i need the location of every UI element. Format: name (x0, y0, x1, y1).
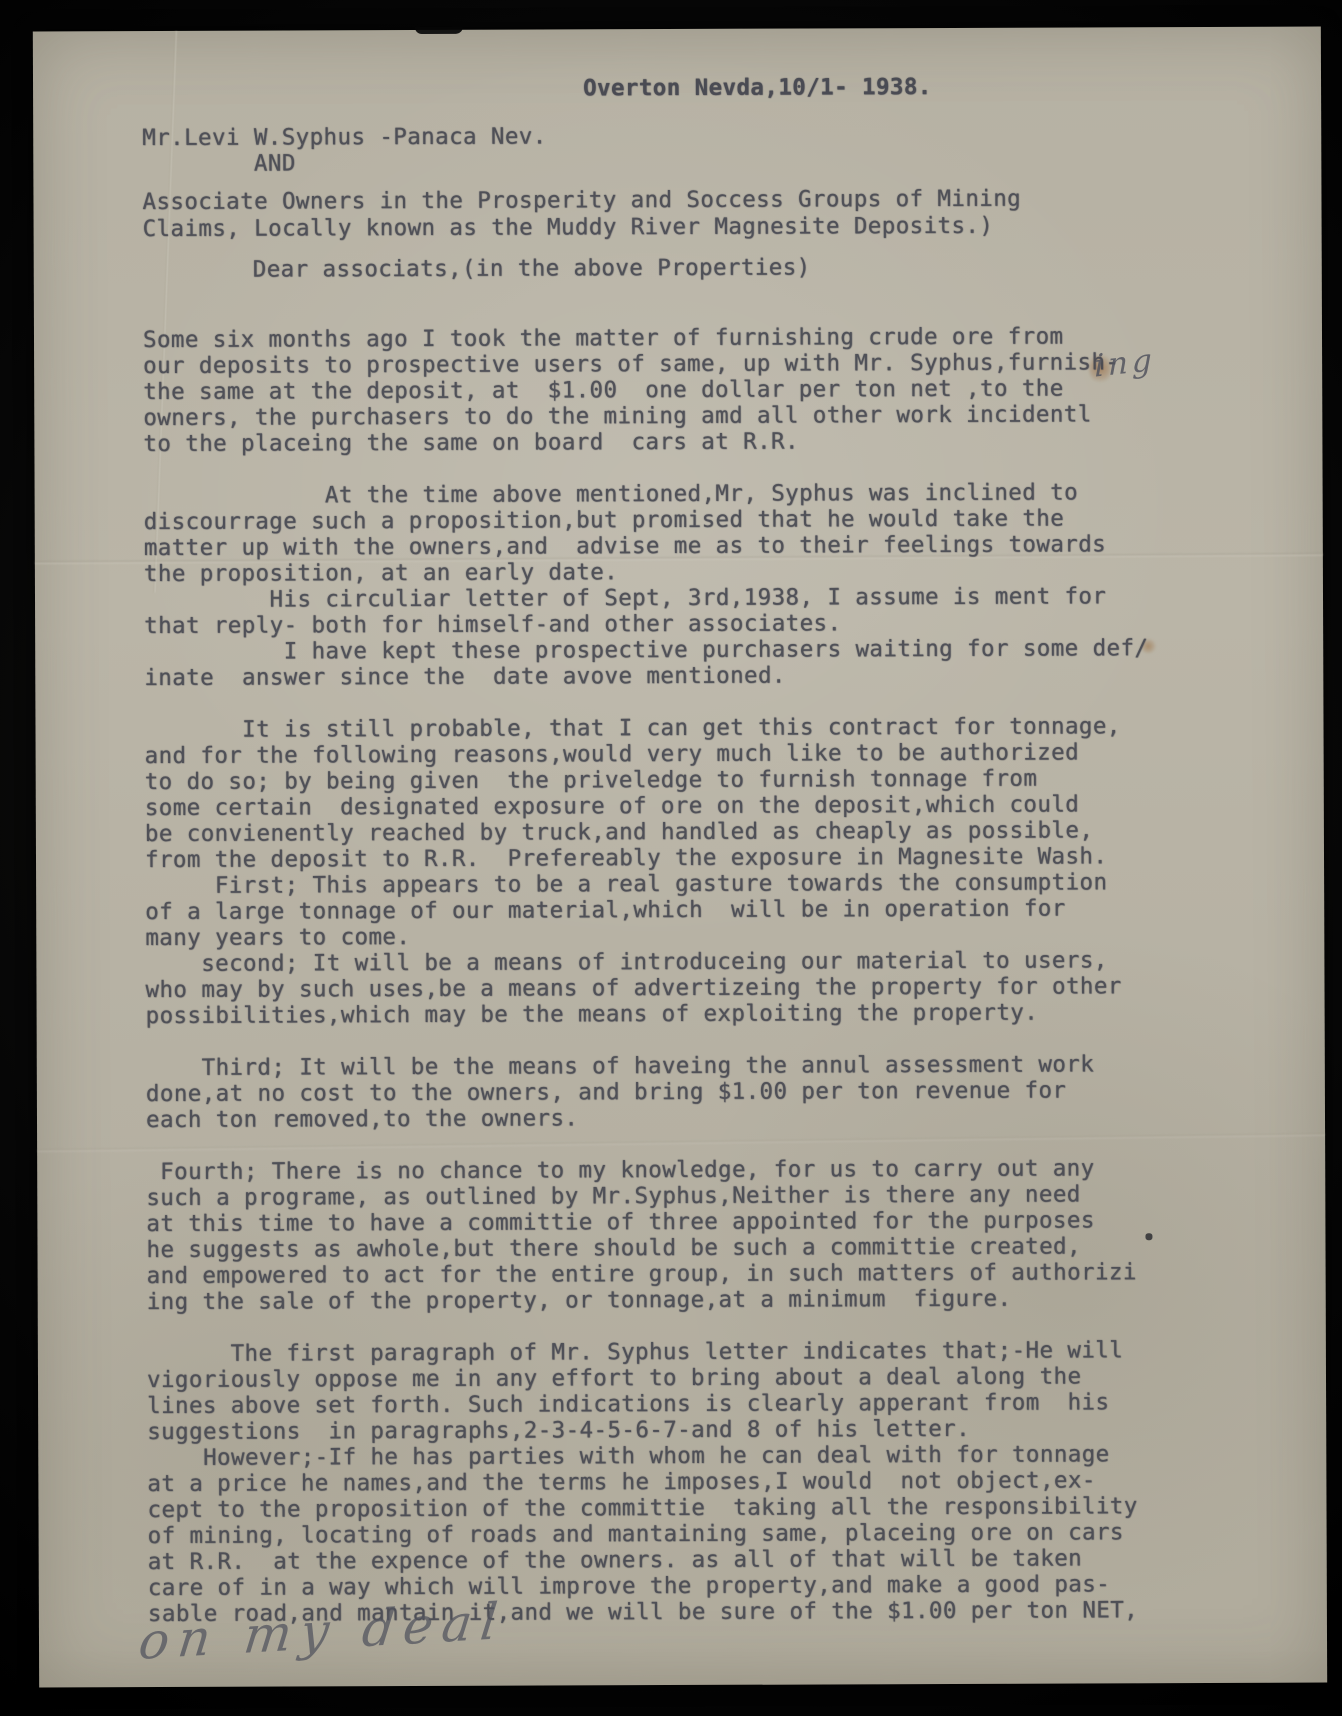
handwritten-margin-insert: ing (1094, 342, 1156, 385)
letter-line: at R.R. at the expence of the owners. as… (148, 1545, 1152, 1575)
letter-line: suggestions in paragraphs,2-3-4-5-6-7-an… (147, 1415, 1151, 1445)
subject-line: Associate Owners in the Prosperity and S… (142, 186, 1021, 216)
recipient-block: Mr.Levi W.Syphus -Panaca Nev. AND (142, 124, 547, 178)
letter-line: the same at the deposit, at $1.00 one do… (143, 375, 1147, 405)
letter-line: possibilities,which may be the means of … (146, 999, 1150, 1029)
letter-line: The first paragraph of Mr. Syphus letter… (147, 1337, 1151, 1367)
recipient-line: AND (142, 150, 547, 178)
letter-page: Overton Nevda,10/1- 1938. Mr.Levi W.Syph… (33, 27, 1327, 1688)
letter-line: done,at no cost to the owners, and bring… (146, 1077, 1150, 1107)
letter-line (146, 1025, 1150, 1055)
letter-line: It is still probable, that I can get thi… (144, 713, 1148, 743)
letter-line: some certain designated exposure of ore … (145, 791, 1149, 821)
subject-line: Claims, Locally known as the Muddy River… (143, 213, 1022, 243)
letter-line: he suggests as awhole,but there should b… (146, 1233, 1150, 1263)
letter-line: second; It will be a means of introducei… (145, 947, 1149, 977)
letter-body: Some six months ago I took the matter of… (143, 323, 1152, 1627)
letter-line: of mining, locating of roads and mantain… (148, 1519, 1152, 1549)
letter-line: At the time above mentioned,Mr, Syphus w… (144, 479, 1148, 509)
recipient-line: Mr.Levi W.Syphus -Panaca Nev. (142, 124, 547, 152)
letter-line (143, 453, 1147, 483)
letter-line: from the deposit to R.R. Prefereably the… (145, 843, 1149, 873)
letter-line: matter up with the owners,and advise me … (144, 531, 1148, 561)
letter-line: and empowered to act for the entire grou… (147, 1259, 1151, 1289)
salutation: Dear associats,(in the above Properties) (253, 254, 811, 282)
letter-line: However;-If he has parties with whom he … (147, 1441, 1151, 1471)
letter-line: such a programe, as outlined by Mr.Syphu… (146, 1181, 1150, 1211)
letter-line: many years to come. (145, 921, 1149, 951)
letter-line: First; This appears to be a real gasture… (145, 869, 1149, 899)
paper-edge-nick (415, 27, 463, 34)
letter-line: inate answer since the date avove mentio… (144, 661, 1148, 691)
letter-line: ing the sale of the property, or tonnage… (147, 1285, 1151, 1315)
letter-line: Some six months ago I took the matter of… (143, 323, 1147, 353)
dateline: Overton Nevda,10/1- 1938. (583, 74, 932, 101)
letter-line (144, 687, 1148, 717)
letter-line: discourrage such a proposition,but promi… (144, 505, 1148, 535)
letter-line (147, 1311, 1151, 1341)
letter-line: that reply- both for himself-and other a… (144, 609, 1148, 639)
letter-line: our deposits to prospective users of sam… (143, 349, 1147, 379)
letter-line: who may by such uses,be a means of adver… (145, 973, 1149, 1003)
letter-line (146, 1129, 1150, 1159)
letter-line: to the placeing the same on board cars a… (143, 427, 1147, 457)
letter-line: owners, the purchasers to do the mining … (143, 401, 1147, 431)
letter-line: at a price he names,and the terms he imp… (147, 1467, 1151, 1497)
letter-line: be convienently reached by truck,and han… (145, 817, 1149, 847)
letter-line: to do so; by being given the priveledge … (145, 765, 1149, 795)
letter-line: vigoriously oppose me in any effort to b… (147, 1363, 1151, 1393)
letter-line: of a large tonnage of our material,which… (145, 895, 1149, 925)
letter-line: lines above set forth. Such indications … (147, 1389, 1151, 1419)
scanned-letter-screenshot: { "scan": { "background_color": "#060606… (0, 0, 1342, 1716)
letter-line: cept to the proposition of the committie… (147, 1493, 1151, 1523)
letter-line: the proposition, at an early date. (144, 557, 1148, 587)
letter-line: Fourth; There is no chance to my knowled… (146, 1155, 1150, 1185)
letter-line: each ton removed,to the owners. (146, 1103, 1150, 1133)
letter-line: I have kept these prospective purchasers… (144, 635, 1148, 665)
letter-line: and for the following reasons,would very… (145, 739, 1149, 769)
letter-line: His circuliar letter of Sept, 3rd,1938, … (144, 583, 1148, 613)
letter-line: at this time to have a committie of thre… (146, 1207, 1150, 1237)
letter-line: Third; It will be the means of haveing t… (146, 1051, 1150, 1081)
subject-block: Associate Owners in the Prosperity and S… (142, 186, 1021, 243)
letter-line: care of in a way which will improve the … (148, 1571, 1152, 1601)
